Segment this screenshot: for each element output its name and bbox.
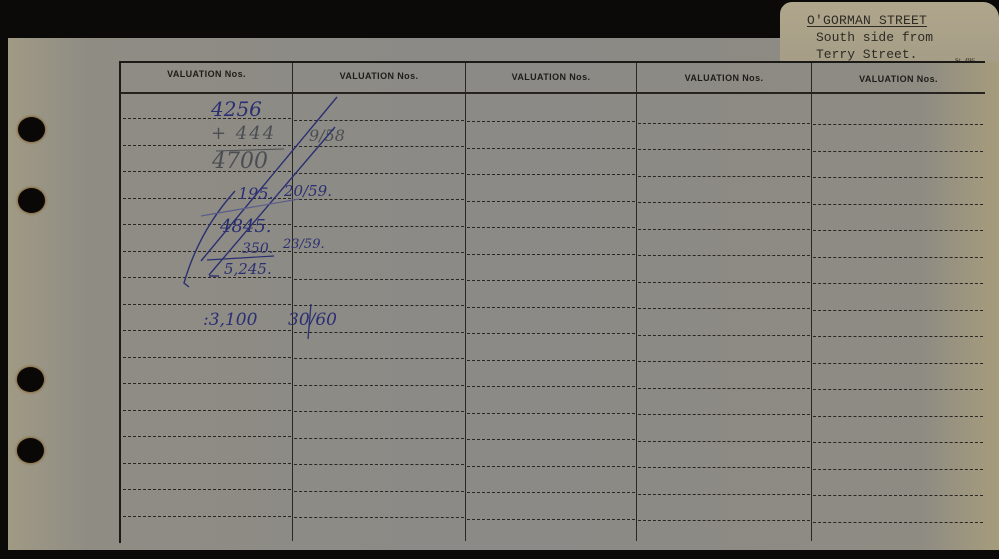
street-name: O'GORMAN STREET xyxy=(807,13,927,29)
punch-hole-icon xyxy=(17,367,44,392)
cancellation-strokes xyxy=(119,61,985,543)
street-side: South side from xyxy=(816,30,933,46)
valuation-table: VALUATION Nos. VALUATION Nos. VALUATION … xyxy=(119,61,985,543)
index-tab: O'GORMAN STREET South side from Terry St… xyxy=(780,2,999,62)
punch-hole-icon xyxy=(18,188,45,213)
punch-hole-icon xyxy=(17,438,44,463)
punch-hole-icon xyxy=(18,117,45,142)
